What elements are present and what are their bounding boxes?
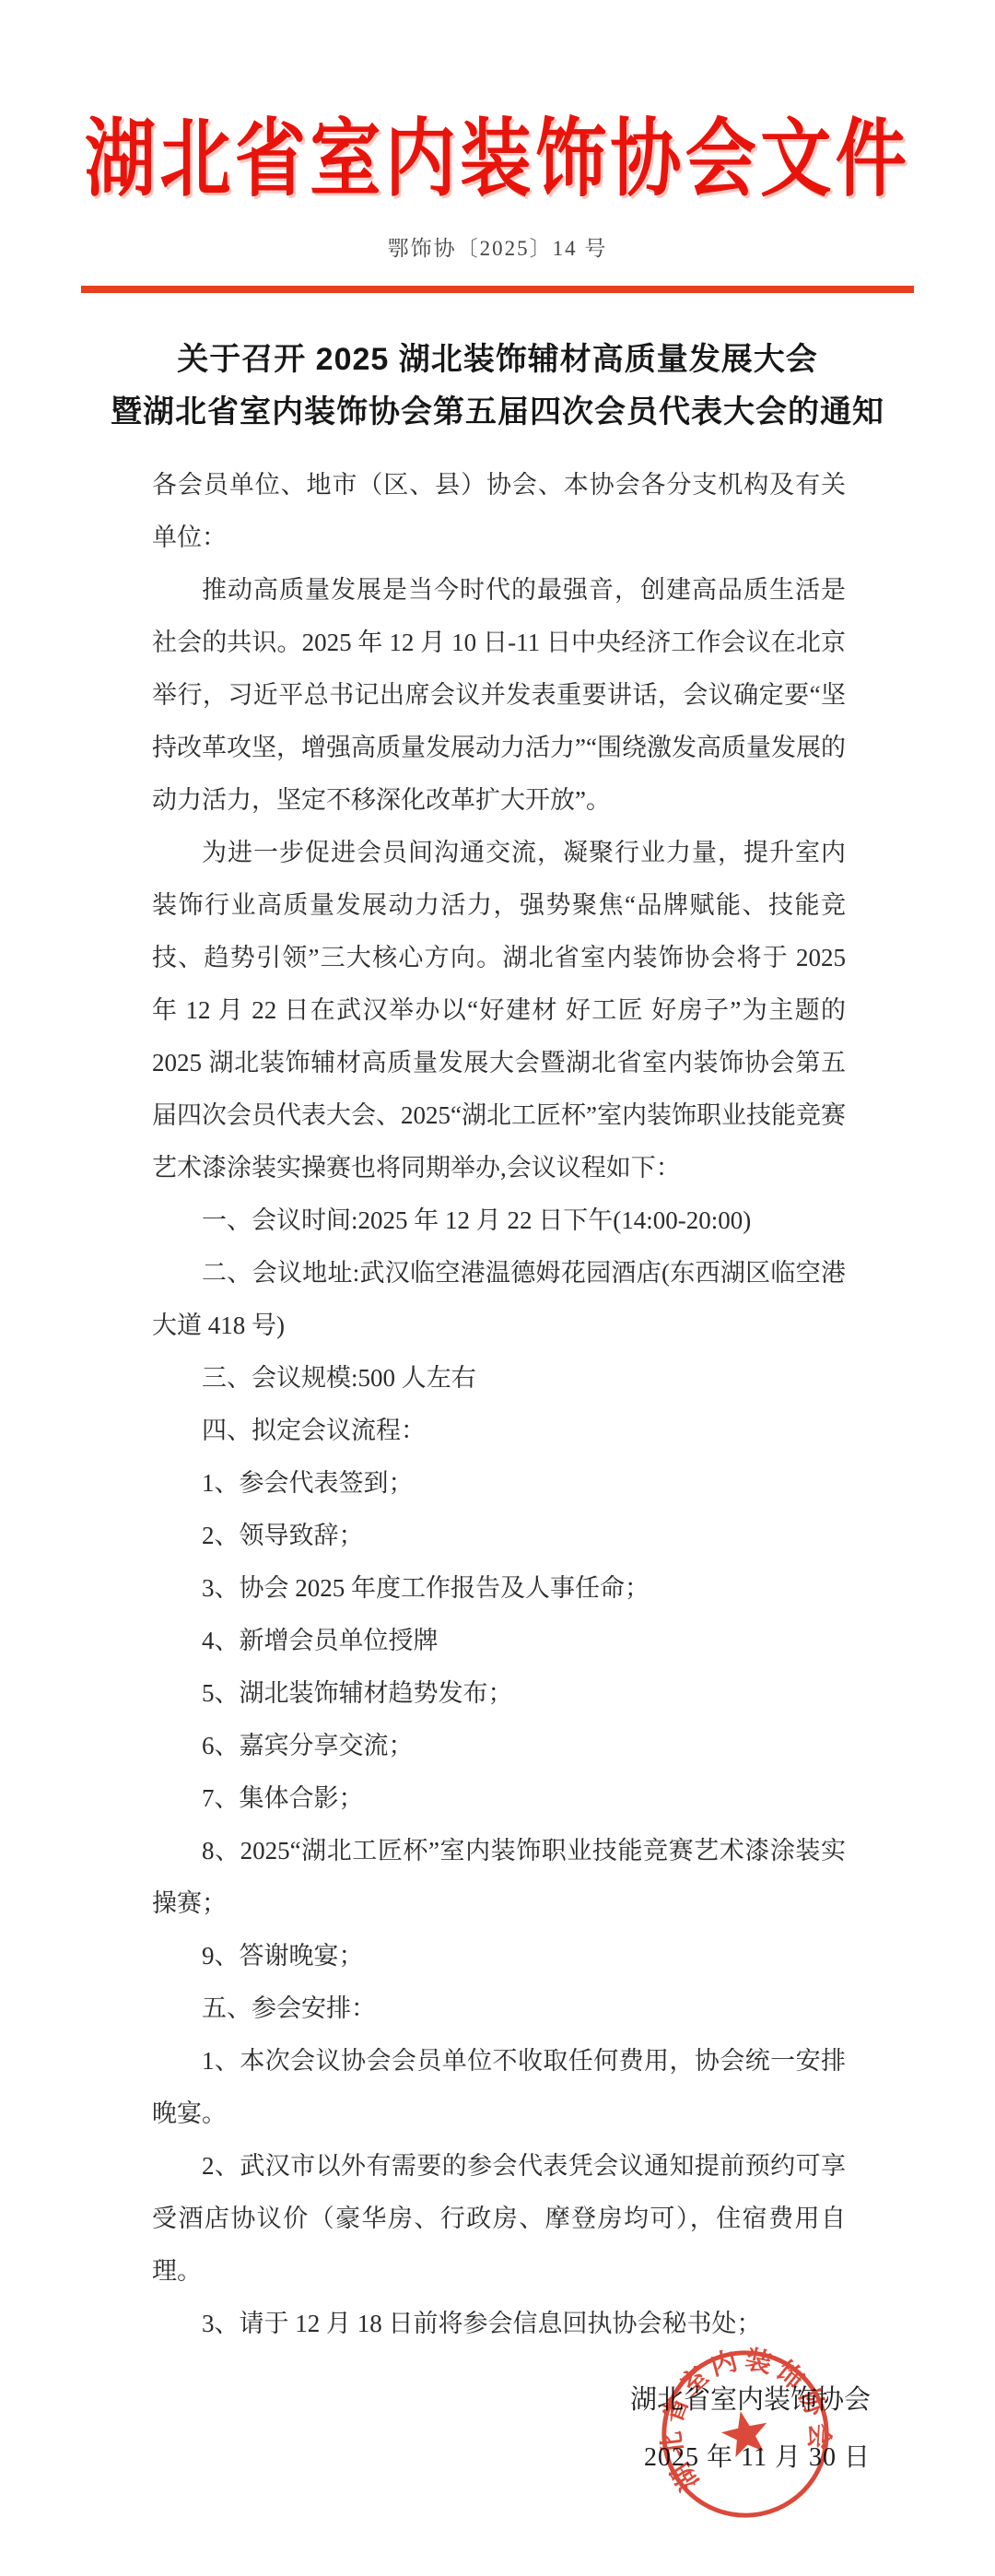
red-divider-line <box>81 286 914 293</box>
agenda-item-5: 5、湖北装饰辅材趋势发布； <box>152 1667 846 1720</box>
document-title-line2: 暨湖北省室内装饰协会第五届四次会员代表大会的通知 <box>0 386 995 439</box>
paragraph-background: 推动高质量发展是当今时代的最强音，创建高品质生活是社会的共识。2025 年 12… <box>152 564 846 827</box>
letterhead-title: 湖北省室内装饰协会文件 <box>79 0 915 210</box>
doc-number: 鄂饰协〔2025〕14 号 <box>0 234 995 264</box>
item-meeting-address: 二、会议地址:武汉临空港温德姆花园酒店(东西湖区临空港大道 418 号) <box>152 1247 846 1352</box>
letterhead: 湖北省室内装饰协会文件 鄂饰协〔2025〕14 号 <box>0 0 995 293</box>
agenda-item-9: 9、答谢晚宴； <box>152 1930 846 1982</box>
signature-date: 2025 年 11 月 30 日 <box>0 2431 871 2484</box>
agenda-item-8: 8、2025“湖北工匠杯”室内装饰职业技能竞赛艺术漆涂装实操赛； <box>152 1825 846 1930</box>
document-title: 关于召开 2025 湖北装饰辅材高质量发展大会 暨湖北省室内装饰协会第五届四次会… <box>0 334 995 439</box>
attendance-item-1: 1、本次会议协会会员单位不收取任何费用，协会统一安排晚宴。 <box>152 2035 846 2140</box>
item-meeting-time: 一、会议时间:2025 年 12 月 22 日下午(14:00-20:00) <box>152 1194 846 1247</box>
agenda-item-7: 7、集体合影； <box>152 1772 846 1825</box>
document-title-line1: 关于召开 2025 湖北装饰辅材高质量发展大会 <box>0 334 995 386</box>
agenda-item-4: 4、新增会员单位授牌 <box>152 1615 846 1667</box>
heading-attendance: 五、参会安排： <box>152 1982 846 2035</box>
document-page: 湖北省室内装饰协会文件 鄂饰协〔2025〕14 号 关于召开 2025 湖北装饰… <box>0 0 995 2576</box>
paragraph-purpose: 为进一步促进会员间沟通交流，凝聚行业力量，提升室内装饰行业高质量发展动力活力，强… <box>152 827 846 1194</box>
agenda-item-6: 6、嘉宾分享交流； <box>152 1720 846 1772</box>
heading-agenda: 四、拟定会议流程： <box>152 1405 846 1457</box>
agenda-item-1: 1、参会代表签到； <box>152 1457 846 1510</box>
attendance-item-2: 2、武汉市以外有需要的参会代表凭会议通知提前预约可享受酒店协议价（豪华房、行政房… <box>152 2140 846 2298</box>
item-meeting-scale: 三、会议规模:500 人左右 <box>152 1352 846 1405</box>
signature-org: 湖北省室内装饰协会 <box>0 2374 871 2427</box>
agenda-item-2: 2、领导致辞； <box>152 1510 846 1562</box>
salutation: 各会员单位、地市（区、县）协会、本协会各分支机构及有关单位： <box>152 459 846 564</box>
document-body: 各会员单位、地市（区、县）协会、本协会各分支机构及有关单位： 推动高质量发展是当… <box>152 459 846 2350</box>
signature-block: 湖北省室内装饰协会 2025 年 11 月 30 日 湖北省室内装饰协会 <box>0 2374 871 2484</box>
agenda-item-3: 3、协会 2025 年度工作报告及人事任命； <box>152 1562 846 1615</box>
attendance-item-3: 3、请于 12 月 18 日前将参会信息回执协会秘书处； <box>152 2298 846 2350</box>
